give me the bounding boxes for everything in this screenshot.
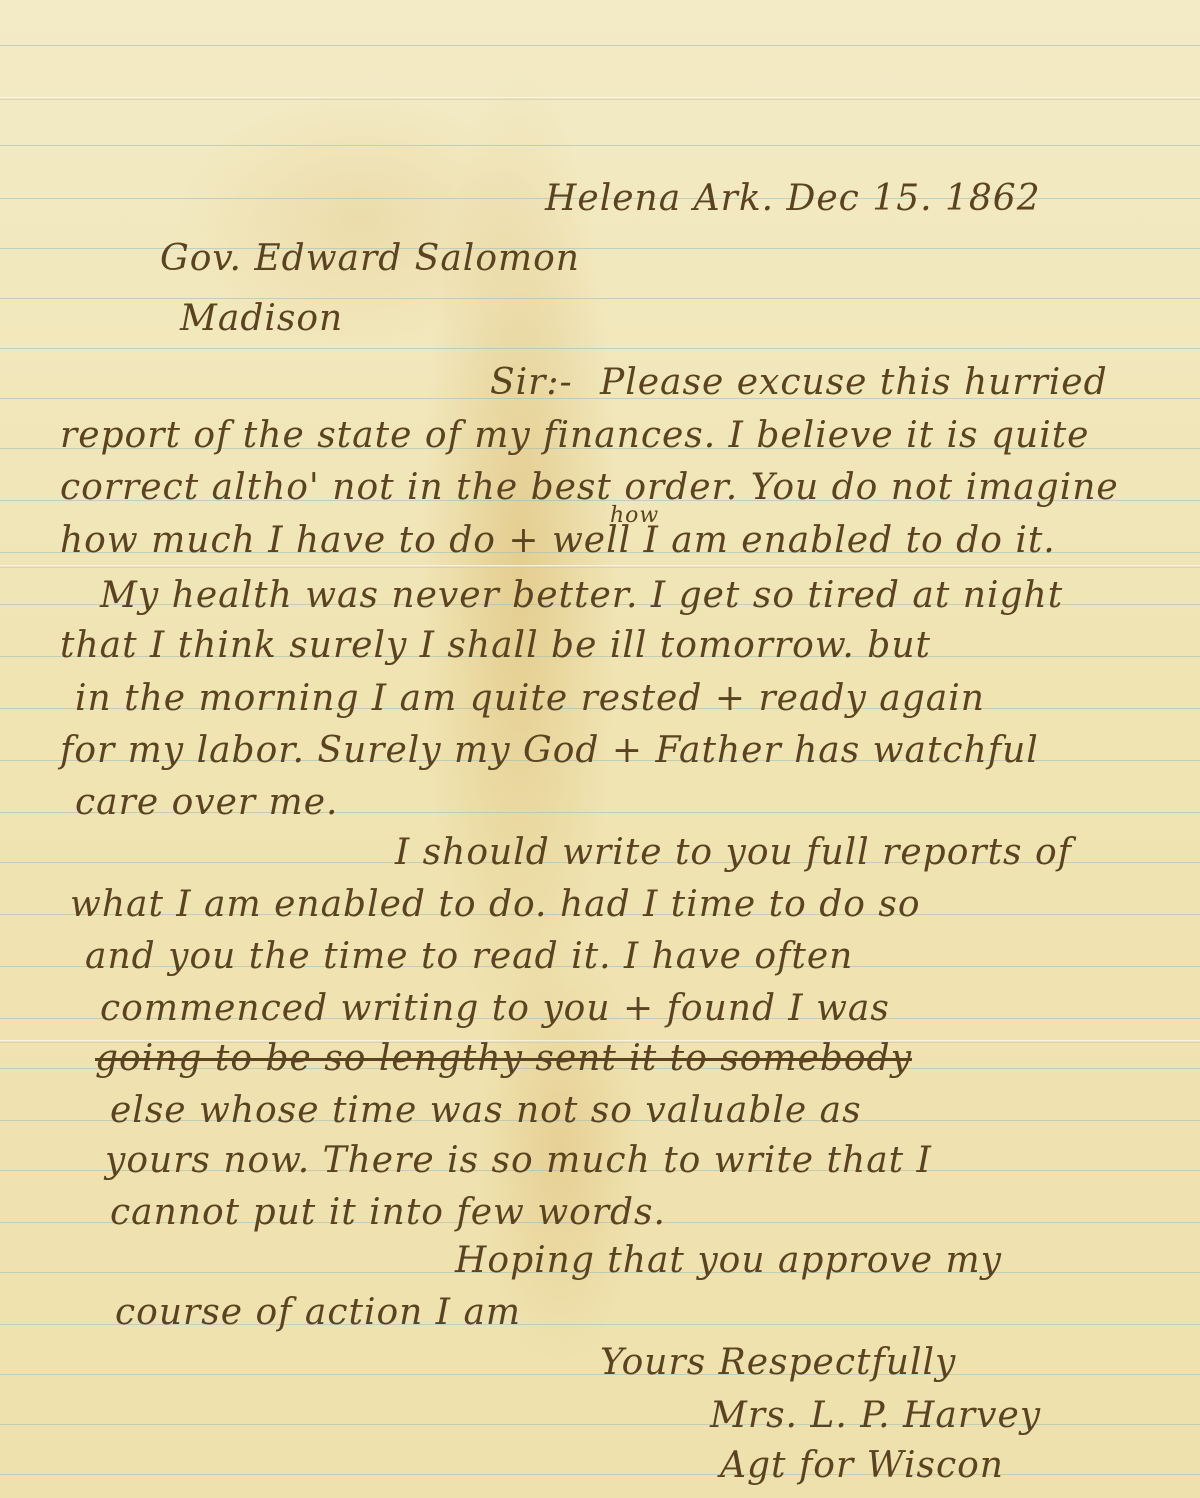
body-line: else whose time was not so valuable as	[110, 1090, 862, 1131]
body-line: and you the time to read it. I have ofte…	[85, 936, 853, 977]
fold-crease	[0, 565, 1200, 568]
salutation: Sir:-	[490, 362, 573, 403]
letter-paper: ​ Helena Ark. Dec 15. 1862 Gov. Edward S…	[0, 0, 1200, 1498]
bleed-through-text: ​	[779, 130, 781, 165]
body-line: My health was never better. I get so tir…	[100, 575, 1063, 616]
addressee-name: Gov. Edward Salomon	[160, 238, 580, 279]
body-line: what I am enabled to do. had I time to d…	[70, 884, 921, 925]
ruled-line	[0, 145, 1200, 146]
signature: Mrs. L. P. Harvey	[710, 1395, 1041, 1436]
body-line: in the morning I am quite rested + ready…	[75, 678, 985, 719]
addressee-city: Madison	[180, 298, 343, 339]
place-date: Helena Ark. Dec 15. 1862	[545, 178, 1041, 219]
closing-line: course of action I am	[115, 1292, 521, 1333]
body-line: care over me.	[75, 782, 338, 823]
body-line: report of the state of my finances. I be…	[60, 415, 1089, 456]
body-line: Please excuse this hurried	[600, 362, 1108, 403]
closing-line: Hoping that you approve my	[455, 1240, 1002, 1281]
fold-crease	[0, 97, 1200, 100]
ruled-line	[0, 45, 1200, 46]
ruled-line	[0, 1474, 1200, 1475]
struck-through-line: going to be so lengthy sent it to somebo…	[95, 1038, 912, 1079]
body-line: yours now. There is so much to write tha…	[105, 1140, 932, 1181]
body-line: how much I have to do + well I am enable…	[60, 520, 1056, 561]
body-line: correct altho' not in the best order. Yo…	[60, 467, 1119, 508]
valediction: Yours Respectfully	[600, 1342, 956, 1383]
body-line: I should write to you full reports of	[395, 832, 1072, 873]
body-line: commenced writing to you + found I was	[100, 988, 890, 1029]
body-line: for my labor. Surely my God + Father has…	[60, 730, 1039, 771]
body-line: cannot put it into few words.	[110, 1192, 666, 1233]
signature-title: Agt for Wiscon	[720, 1445, 1004, 1486]
body-line: that I think surely I shall be ill tomor…	[60, 625, 931, 666]
ruled-line	[0, 348, 1200, 349]
